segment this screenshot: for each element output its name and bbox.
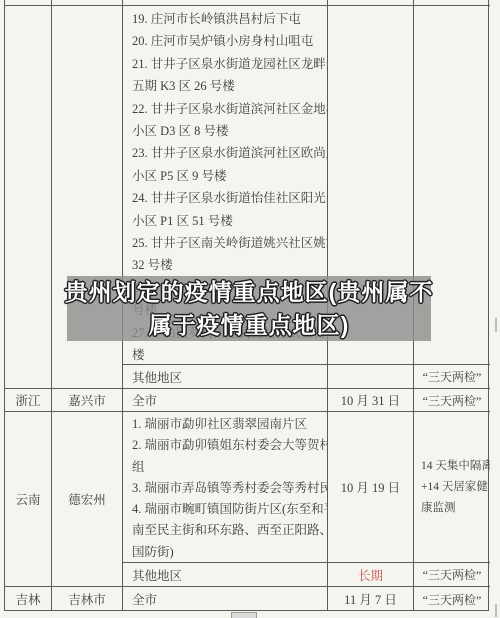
detail-line: 19. 庄河市长岭镇洪昌村后下屯 [132,8,323,30]
cell-other-areas-date: 长期 [328,563,414,587]
cell-date: 10 月 19 日 [328,412,414,563]
policy-line: 康监测 [421,498,487,519]
policy-line: +14 天居家健 [421,477,487,498]
watermark-title-overlay: 贵州划定的疫情重点地区(贵州属不 属于疫情重点地区) [67,276,431,341]
cell-province-empty [5,6,52,389]
document-page: 19. 庄河市长岭镇洪昌村后下屯 20. 庄河市吴炉镇小房身村山咀屯 21. 甘… [0,0,500,618]
cell-yunnan-policy: 14 天集中隔离 +14 天居家健 康监测 [414,412,490,563]
detail-line: 小区 P1 区 51 号楼 [132,210,323,232]
watermark-title-line2: 属于疫情重点地区) [149,309,350,342]
detail-line: 楼 [132,344,323,365]
detail-line: 小区 D3 区 8 号楼 [132,120,323,142]
detail-line: 21. 甘井子区泉水街道龙园社区龙畔金泉 [132,53,323,75]
right-edge-mark [495,318,497,332]
cell-city: 德宏州 [52,412,123,587]
cell-date: 10 月 31 日 [328,389,414,412]
detail-line: 22. 甘井子区泉水街道滨河社区金地檀溪 [132,98,323,120]
cell-other-areas-policy: “三天两检” [414,563,490,587]
cutoff-footer-box [231,612,257,618]
cell-other-areas-date-empty [328,365,414,389]
right-edge-mark [495,604,497,617]
detail-line: 1. 瑞丽市勐卯社区翡翠园南片区 [132,414,323,435]
watermark-title-line1: 贵州划定的疫情重点地区(贵州属不 [65,276,434,309]
cell-city: 吉林市 [52,587,123,611]
cell-province: 吉林 [5,587,52,611]
detail-line: 2. 瑞丽市勐卯镇姐东村委会大等贺村民小 [132,435,323,456]
cell-date: 11 月 7 日 [328,587,414,611]
detail-line: 组 [132,457,323,478]
cell-yunnan-details: 1. 瑞丽市勐卯社区翡翠园南片区 2. 瑞丽市勐卯镇姐东村委会大等贺村民小 组 … [123,412,328,563]
detail-line: 3. 瑞丽市弄岛镇等秀村委会等秀村民小组 [132,478,323,499]
detail-line: 25. 甘井子区南关岭街道姚兴社区姚家路 [132,232,323,254]
detail-line: 国防街) [132,542,323,563]
cell-scope: 全市 [123,389,328,412]
cell-province: 云南 [5,412,52,587]
detail-line: 南至民主街和环东路、西至正阳路、北至 [132,520,323,541]
cell-city: 嘉兴市 [52,389,123,412]
detail-line: 23. 甘井子区泉水街道滨河社区欧尚广场 [132,142,323,164]
detail-line: 20. 庄河市吴炉镇小房身村山咀屯 [132,30,323,52]
detail-line: 32 号楼 [132,254,323,276]
cell-policy: “三天两检” [414,389,490,412]
cell-province: 浙江 [5,389,52,412]
cell-other-areas-label: 其他地区 [123,563,328,587]
cell-policy: “三天两检” [414,587,490,611]
policy-line: 14 天集中隔离 [421,456,487,477]
detail-line: 小区 P5 区 9 号楼 [132,165,323,187]
cell-other-areas-policy: “三天两检” [414,365,490,389]
detail-line: 24. 甘井子区泉水街道怡佳社区阳光碧城 [132,187,323,209]
detail-line: 五期 K3 区 26 号楼 [132,75,323,97]
cell-other-areas-label: 其他地区 [123,365,328,389]
cell-scope: 全市 [123,587,328,611]
detail-line: 4. 瑞丽市畹町镇国防街片区(东至和平街、 [132,499,323,520]
